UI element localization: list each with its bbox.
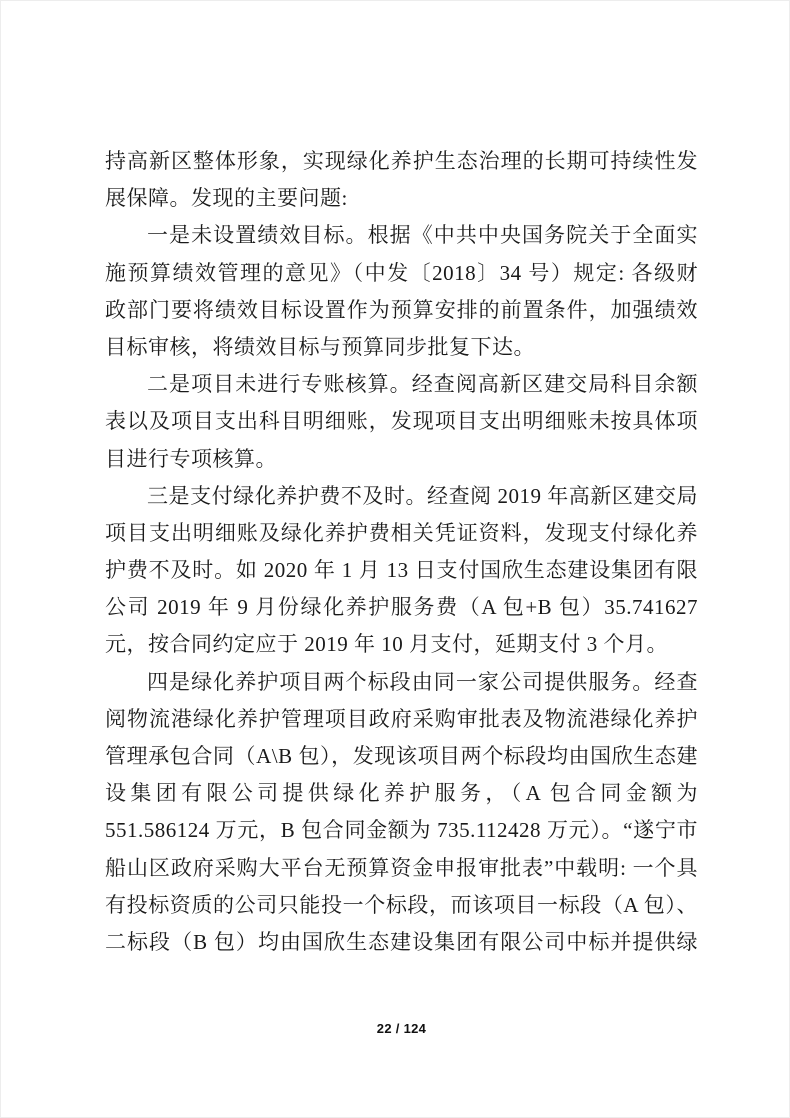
text-line: 二是项目未进行专账核算。经查阅高新区建交局科目余额: [105, 366, 698, 403]
text-line: 护费不及时。如 2020 年 1 月 13 日支付国欣生态建设集团有限: [105, 552, 698, 589]
text-line: 阅物流港绿化养护管理项目政府采购审批表及物流港绿化养护: [105, 701, 698, 738]
text-line: 施预算绩效管理的意见》（中发〔2018〕34 号）规定: 各级财: [105, 255, 698, 292]
document-page: 持高新区整体形象，实现绿化养护生态治理的长期可持续性发展保障。发现的主要问题:一…: [0, 0, 790, 1118]
text-line: 四是绿化养护项目两个标段由同一家公司提供服务。经查: [105, 664, 698, 701]
text-line: 目进行专项核算。: [105, 441, 698, 478]
text-line: 551.586124 万元，B 包合同金额为 735.112428 万元）。“遂…: [105, 812, 698, 849]
text-line: 管理承包合同（A\B 包），发现该项目两个标段均由国欣生态建: [105, 738, 698, 775]
text-line: 三是支付绿化养护费不及时。经查阅 2019 年高新区建交局: [105, 478, 698, 515]
document-body: 持高新区整体形象，实现绿化养护生态治理的长期可持续性发展保障。发现的主要问题:一…: [105, 143, 698, 961]
text-line: 有投标资质的公司只能投一个标段，而该项目一标段（A 包）、: [105, 887, 698, 924]
text-line: 二标段（B 包）均由国欣生态建设集团有限公司中标并提供绿化: [105, 924, 698, 961]
text-line: 一是未设置绩效目标。根据《中共中央国务院关于全面实: [105, 217, 698, 254]
text-line: 设集团有限公司提供绿化养护服务，（A 包合同金额为: [105, 775, 698, 812]
text-line: 政部门要将绩效目标设置作为预算安排的前置条件，加强绩效: [105, 292, 698, 329]
text-line: 公司 2019 年 9 月份绿化养护服务费（A 包+B 包）35.741627 …: [105, 589, 698, 626]
text-line: 元，按合同约定应于 2019 年 10 月支付，延期支付 3 个月。: [105, 626, 698, 663]
text-line: 表以及项目支出科目明细账，发现项目支出明细账未按具体项: [105, 403, 698, 440]
text-line: 展保障。发现的主要问题:: [105, 180, 698, 217]
text-line: 持高新区整体形象，实现绿化养护生态治理的长期可持续性发: [105, 143, 698, 180]
text-line: 船山区政府采购大平台无预算资金申报审批表”中载明: 一个具: [105, 850, 698, 887]
text-line: 项目支出明细账及绿化养护费相关凭证资料，发现支付绿化养: [105, 515, 698, 552]
page-number: 22 / 124: [105, 1021, 698, 1036]
text-line: 目标审核，将绩效目标与预算同步批复下达。: [105, 329, 698, 366]
